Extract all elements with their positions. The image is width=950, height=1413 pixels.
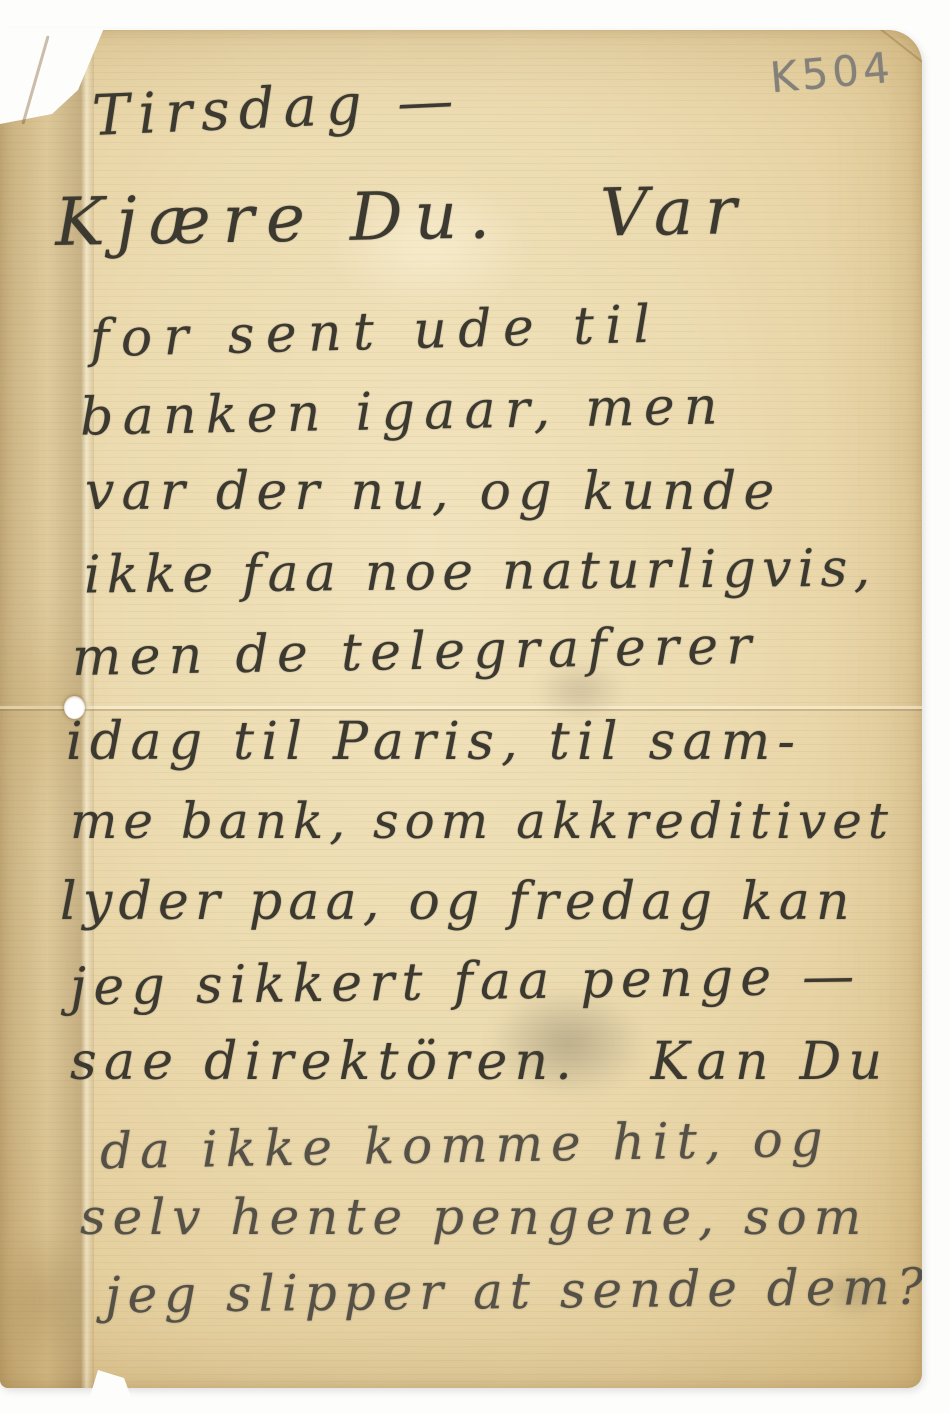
- letter-line: lyder paa, og fredag kan: [60, 872, 856, 932]
- punch-hole: [64, 696, 85, 719]
- letter-line: sae direktören. Kan Du: [70, 1032, 889, 1092]
- letter-line: idag til Paris, til sam-: [66, 712, 802, 772]
- letter-paper: K504 Tirsdag — Kjære Du. Var for sent ud…: [0, 30, 922, 1388]
- letter-line: banken igaar, men: [80, 376, 728, 447]
- letter-line-salutation: Kjære Du. Var: [54, 172, 749, 261]
- letter-line: selv hente pengene, som: [80, 1188, 868, 1246]
- letter-line: jeg sikkert faa penge —: [70, 946, 862, 1017]
- letter-line: me bank, som akkreditivet: [70, 792, 894, 850]
- letter-line: da ikke komme hit, og: [100, 1110, 832, 1181]
- letter-line: jeg slipper at sende dem?: [105, 1258, 922, 1325]
- letter-line: var der nu, og kunde: [85, 462, 782, 522]
- catalog-number-pencil: K504: [768, 43, 896, 103]
- scan-background: { "scan": { "catalog_number": "K504" }, …: [0, 0, 950, 1413]
- letter-line-date: Tirsdag —: [91, 68, 464, 149]
- letter-line: ikke faa noe naturligvis,: [84, 539, 877, 606]
- letter-line: for sent ude til: [89, 295, 662, 370]
- letter-line: men de telegraferer: [72, 616, 760, 688]
